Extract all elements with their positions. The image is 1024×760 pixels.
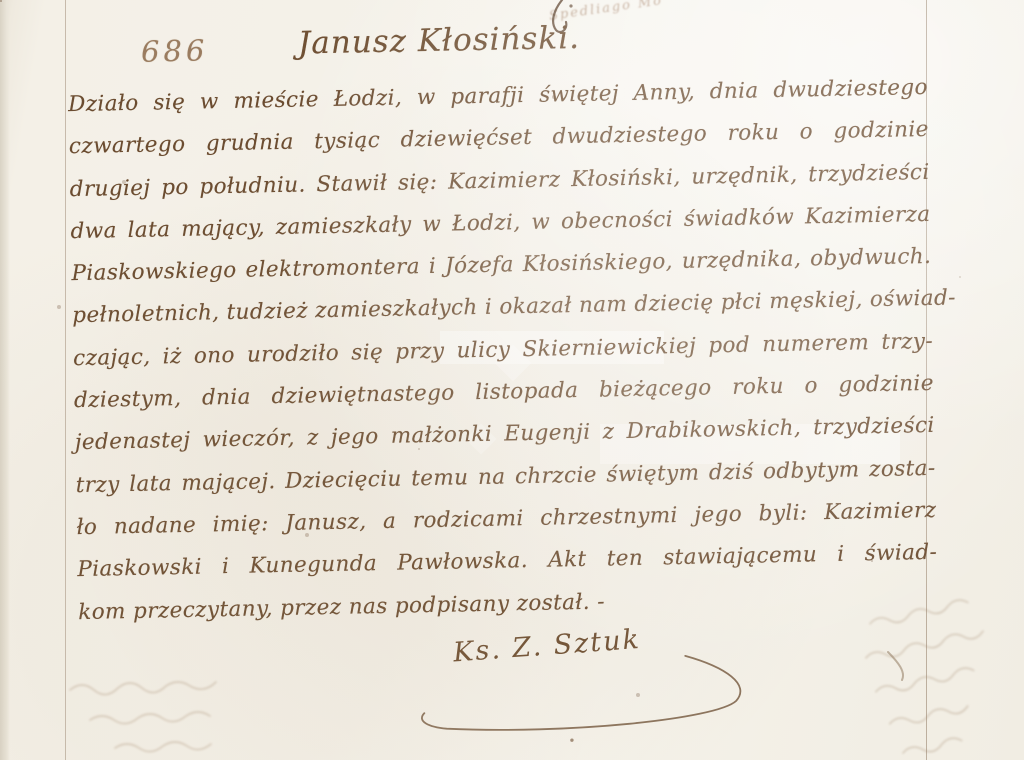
record-title: Janusz Kłosiński. [298,20,581,62]
record-number: 686 [141,33,209,68]
ink-specks [0,0,2,2]
document-page: Spedliago Mo 686 Janusz Kłosiński. Dział… [0,0,1024,760]
priest-signature: Ks. Z. Sztuk [452,624,642,669]
handwriting-layer: 686 Janusz Kłosiński. Działo się w mieśc… [0,0,1024,760]
record-body: Działo się w mieście Łodzi, w parafji św… [68,67,939,634]
